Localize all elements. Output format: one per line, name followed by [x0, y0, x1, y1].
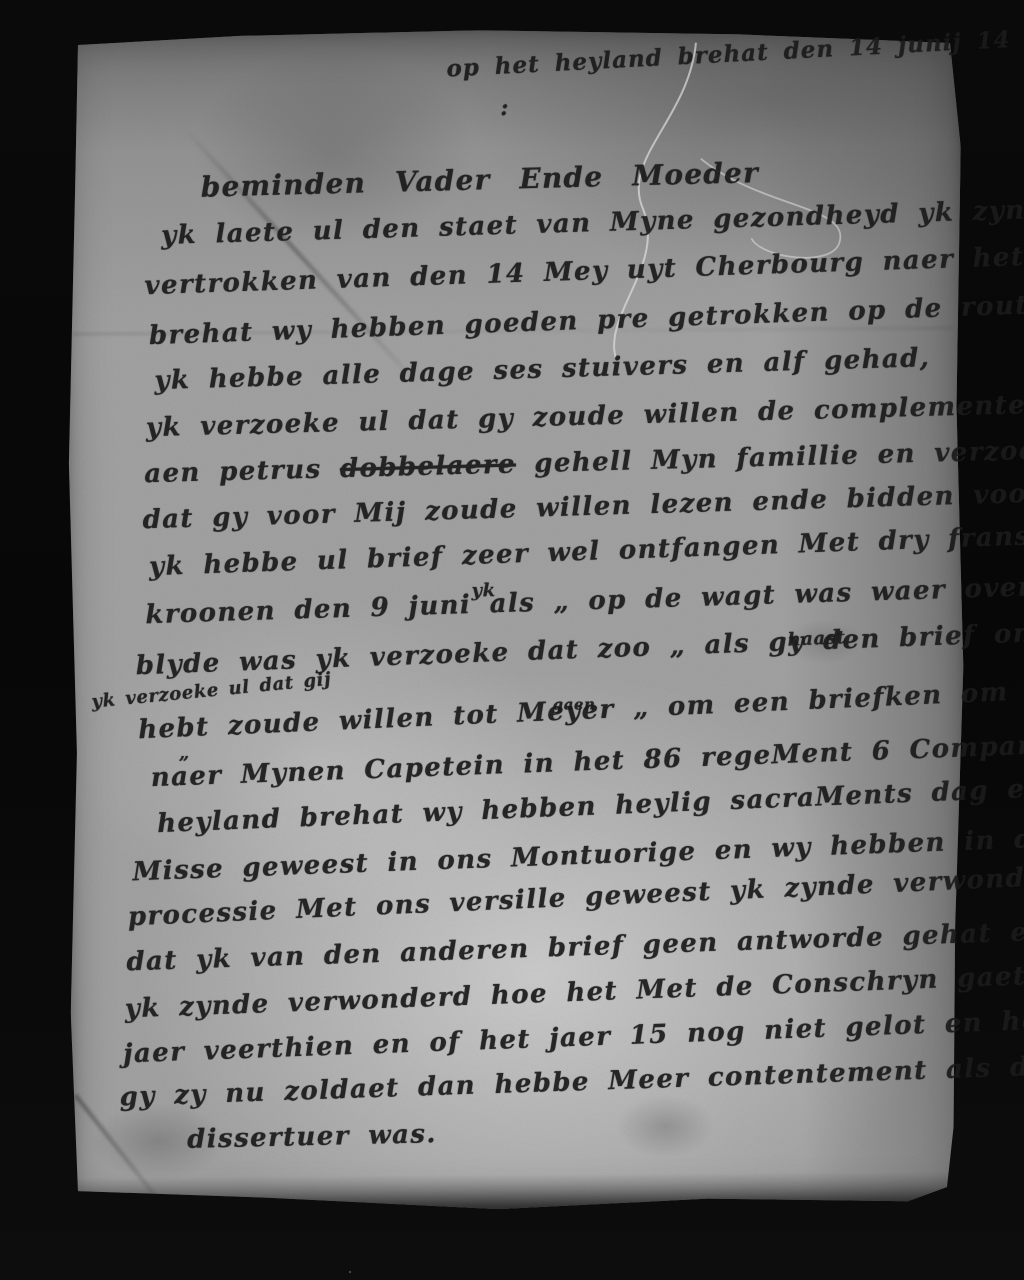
handwritten-line: brehat wy hebben goeden pre getrokken op…	[148, 290, 1024, 351]
handwritten-line-petrus: aen petrus dobbelaere gehell Myn familli…	[144, 434, 1024, 490]
salutation-line: beminden Vader Ende Moeder	[200, 156, 759, 204]
interlinear-insertion: haast	[787, 627, 846, 651]
dateline: op het heyland brehat den 14 junij 14	[446, 26, 1012, 83]
flourish-mark: :	[500, 95, 510, 121]
handwritten-line: dissertuer was.	[187, 1119, 437, 1155]
line-segment: gehell Myn famillie en verzoeke ul	[515, 434, 1024, 480]
handwritten-line: yk hebbe alle dage ses stuivers en alf g…	[154, 343, 931, 396]
handwritten-line: yk verzoeke ul dat gy zoude willen de co…	[145, 387, 1024, 443]
line-segment: aen petrus	[144, 454, 340, 489]
struck-word: dobbelaere	[340, 449, 517, 484]
handwritten-line: yk laete ul den staet van Myne gezondhey…	[161, 194, 1024, 251]
letter-photograph: op het heyland brehat den 14 junij 14 : …	[0, 0, 1024, 1280]
handwriting-layer: op het heyland brehat den 14 junij 14 : …	[0, 0, 1024, 1280]
interlinear-insertion: yk	[471, 580, 495, 601]
interlinear-insertion: gaen	[552, 695, 595, 713]
sub-mark: „	[179, 743, 190, 764]
